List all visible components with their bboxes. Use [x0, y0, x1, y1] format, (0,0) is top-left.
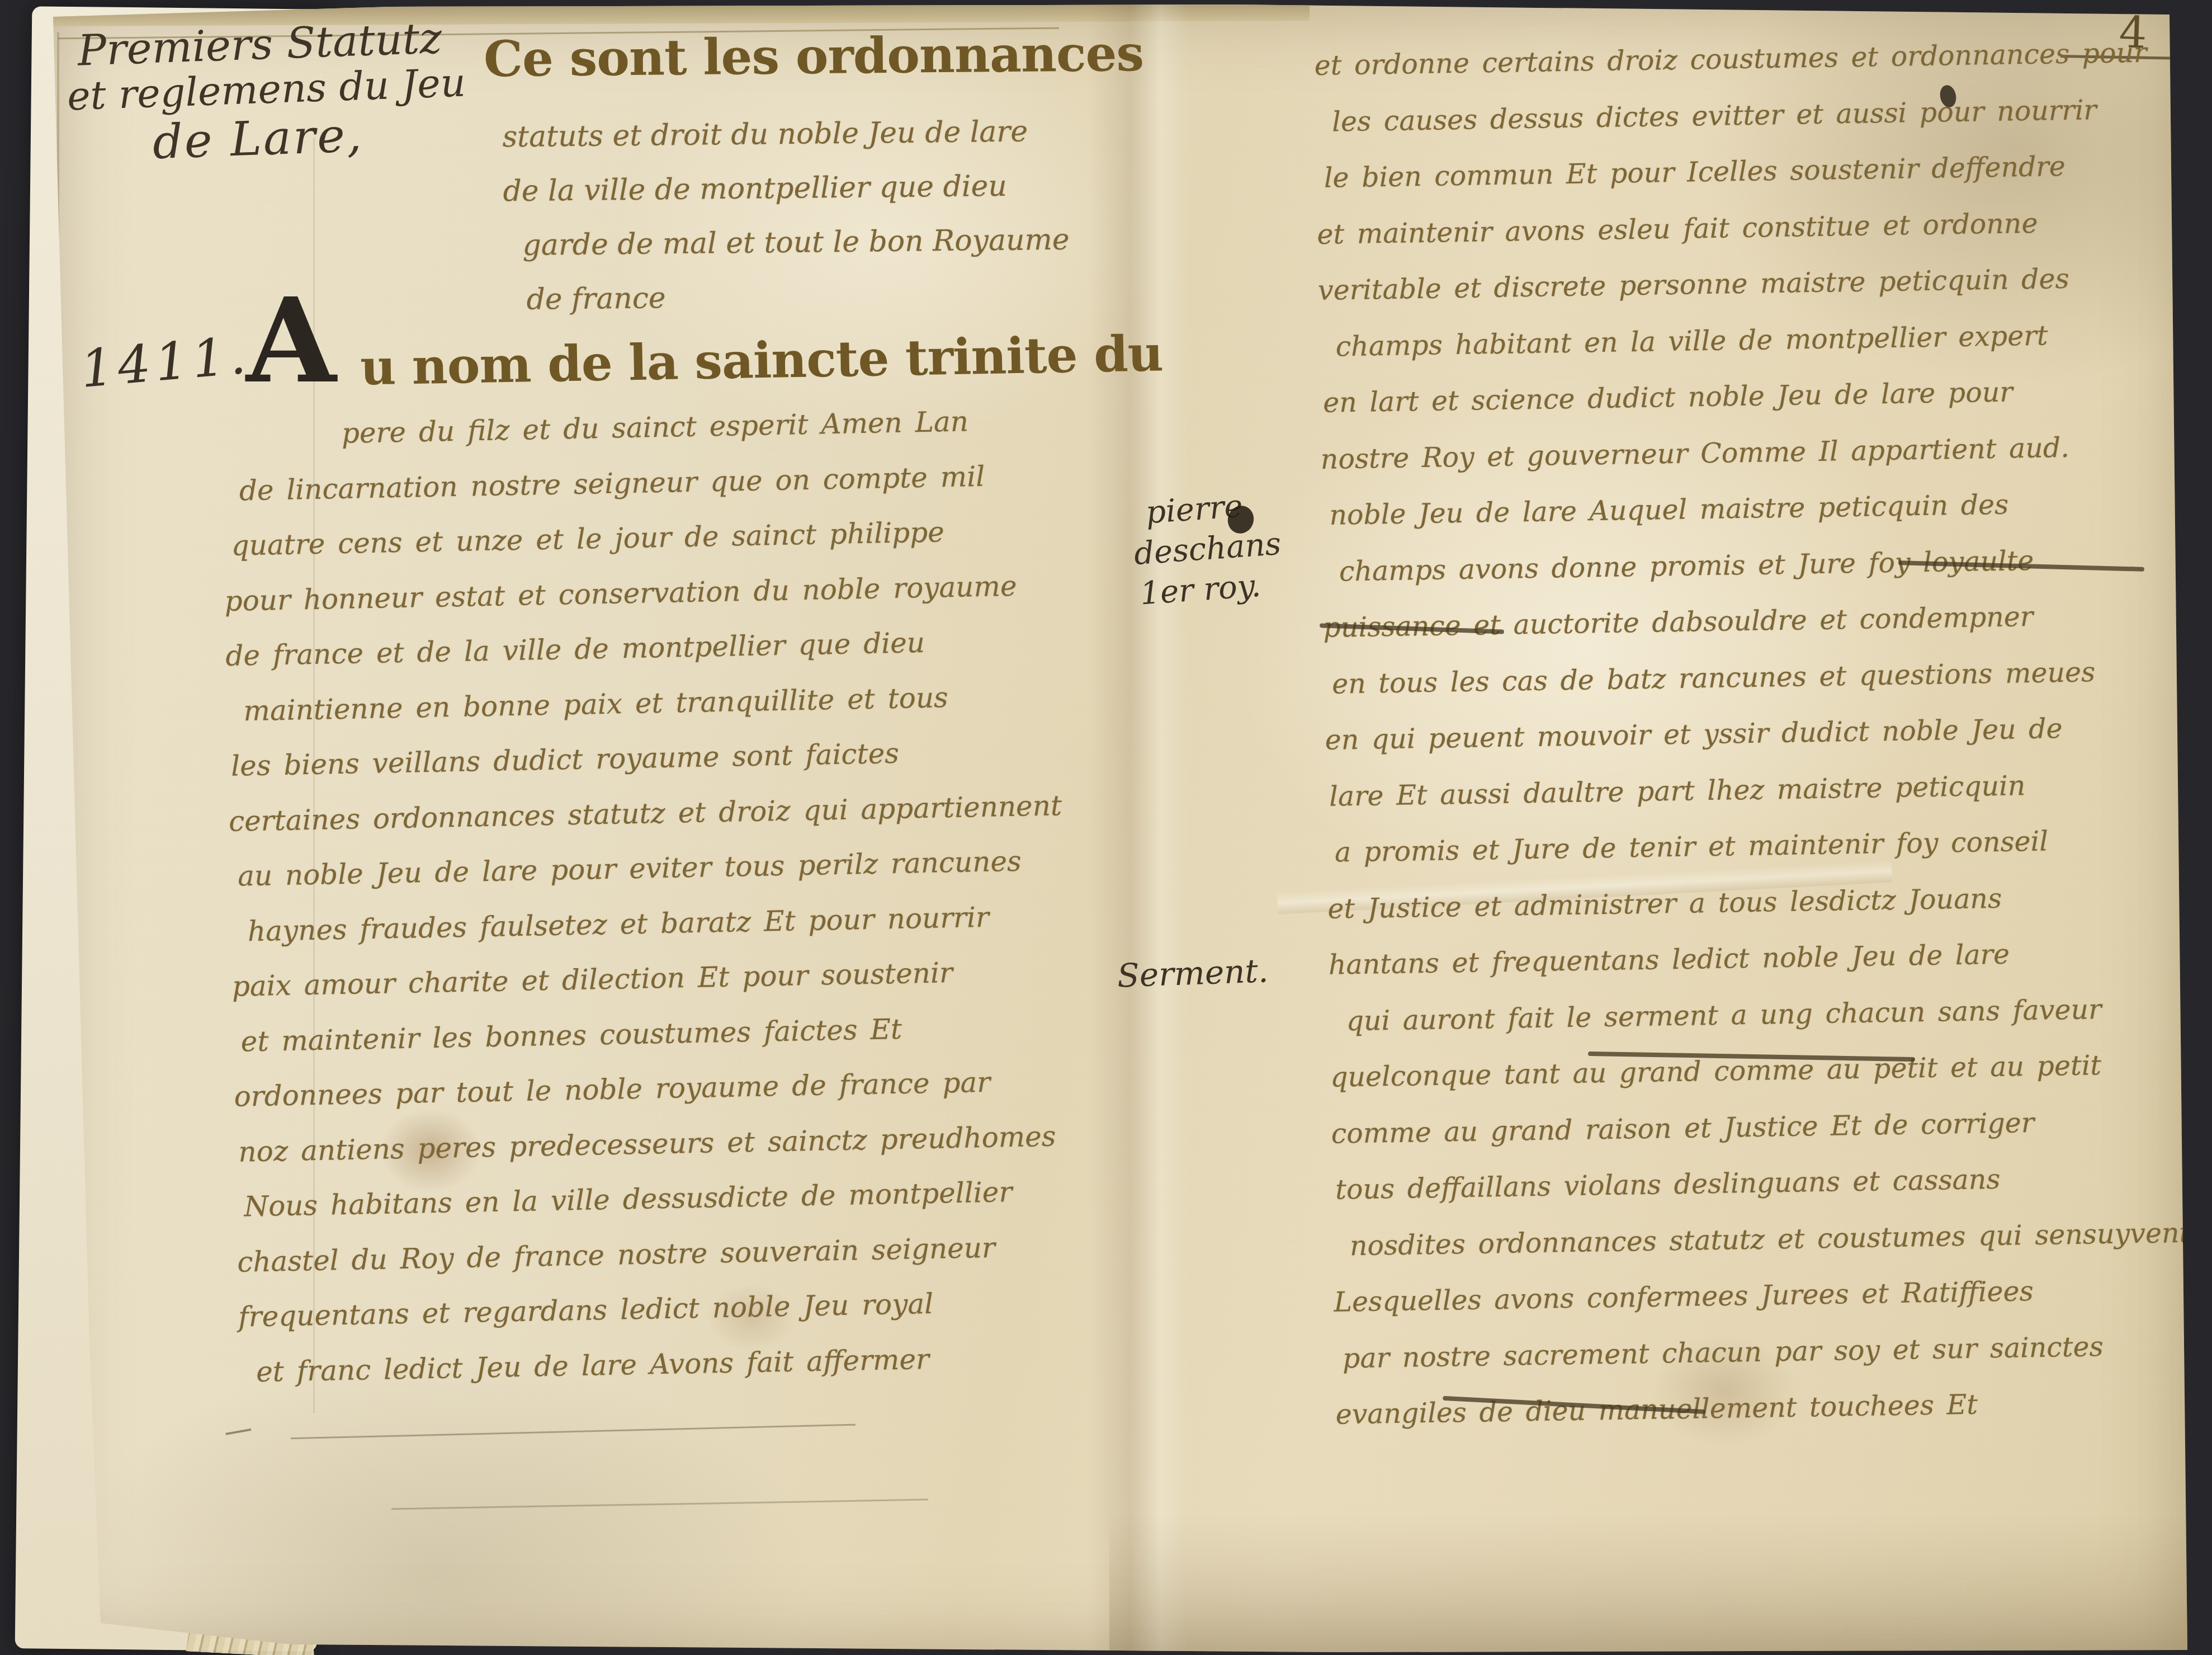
left-body-text: pere du filz et du sainct esperit Amen L…	[221, 391, 1135, 1399]
scratch-line	[391, 1499, 928, 1510]
page-curl-shadow	[1109, 1513, 2189, 1652]
gothic-heading: Ce sont les ordonnances	[484, 24, 1144, 88]
text-line: de la ville de montpellier que dieu	[503, 159, 1069, 219]
text-line: de france	[504, 267, 1070, 328]
book-spread: Premiers Statutz et reglemens du Jeu de …	[47, 3, 2189, 1652]
manuscript-photo: Premiers Statutz et reglemens du Jeu de …	[0, 0, 2212, 1655]
scratch-mark	[224, 1420, 252, 1435]
margin-note-oath: Serment.	[1117, 951, 1269, 994]
right-body-text: et ordonne certains droiz coustumes et o…	[1314, 24, 2208, 1443]
text-line: garde de mal et tout le bon Royaume	[503, 213, 1070, 274]
gothic-initial-line: u nom de la saincte trinite du	[360, 324, 1163, 396]
text-line: Serment.	[1117, 951, 1269, 994]
heading-sub-lines: statuts et droit du noble Jeu de larede …	[502, 105, 1070, 328]
drop-cap-initial: A	[246, 283, 336, 399]
margin-title: Premiers Statutz et reglemens du Jeu de …	[65, 13, 469, 171]
margin-note-king: pierredeschans1er roy.	[1130, 484, 1285, 615]
scratch-line	[291, 1424, 856, 1440]
year-note: 1411.	[78, 325, 253, 399]
text-line: statuts et droit du noble Jeu de lare	[502, 105, 1069, 165]
